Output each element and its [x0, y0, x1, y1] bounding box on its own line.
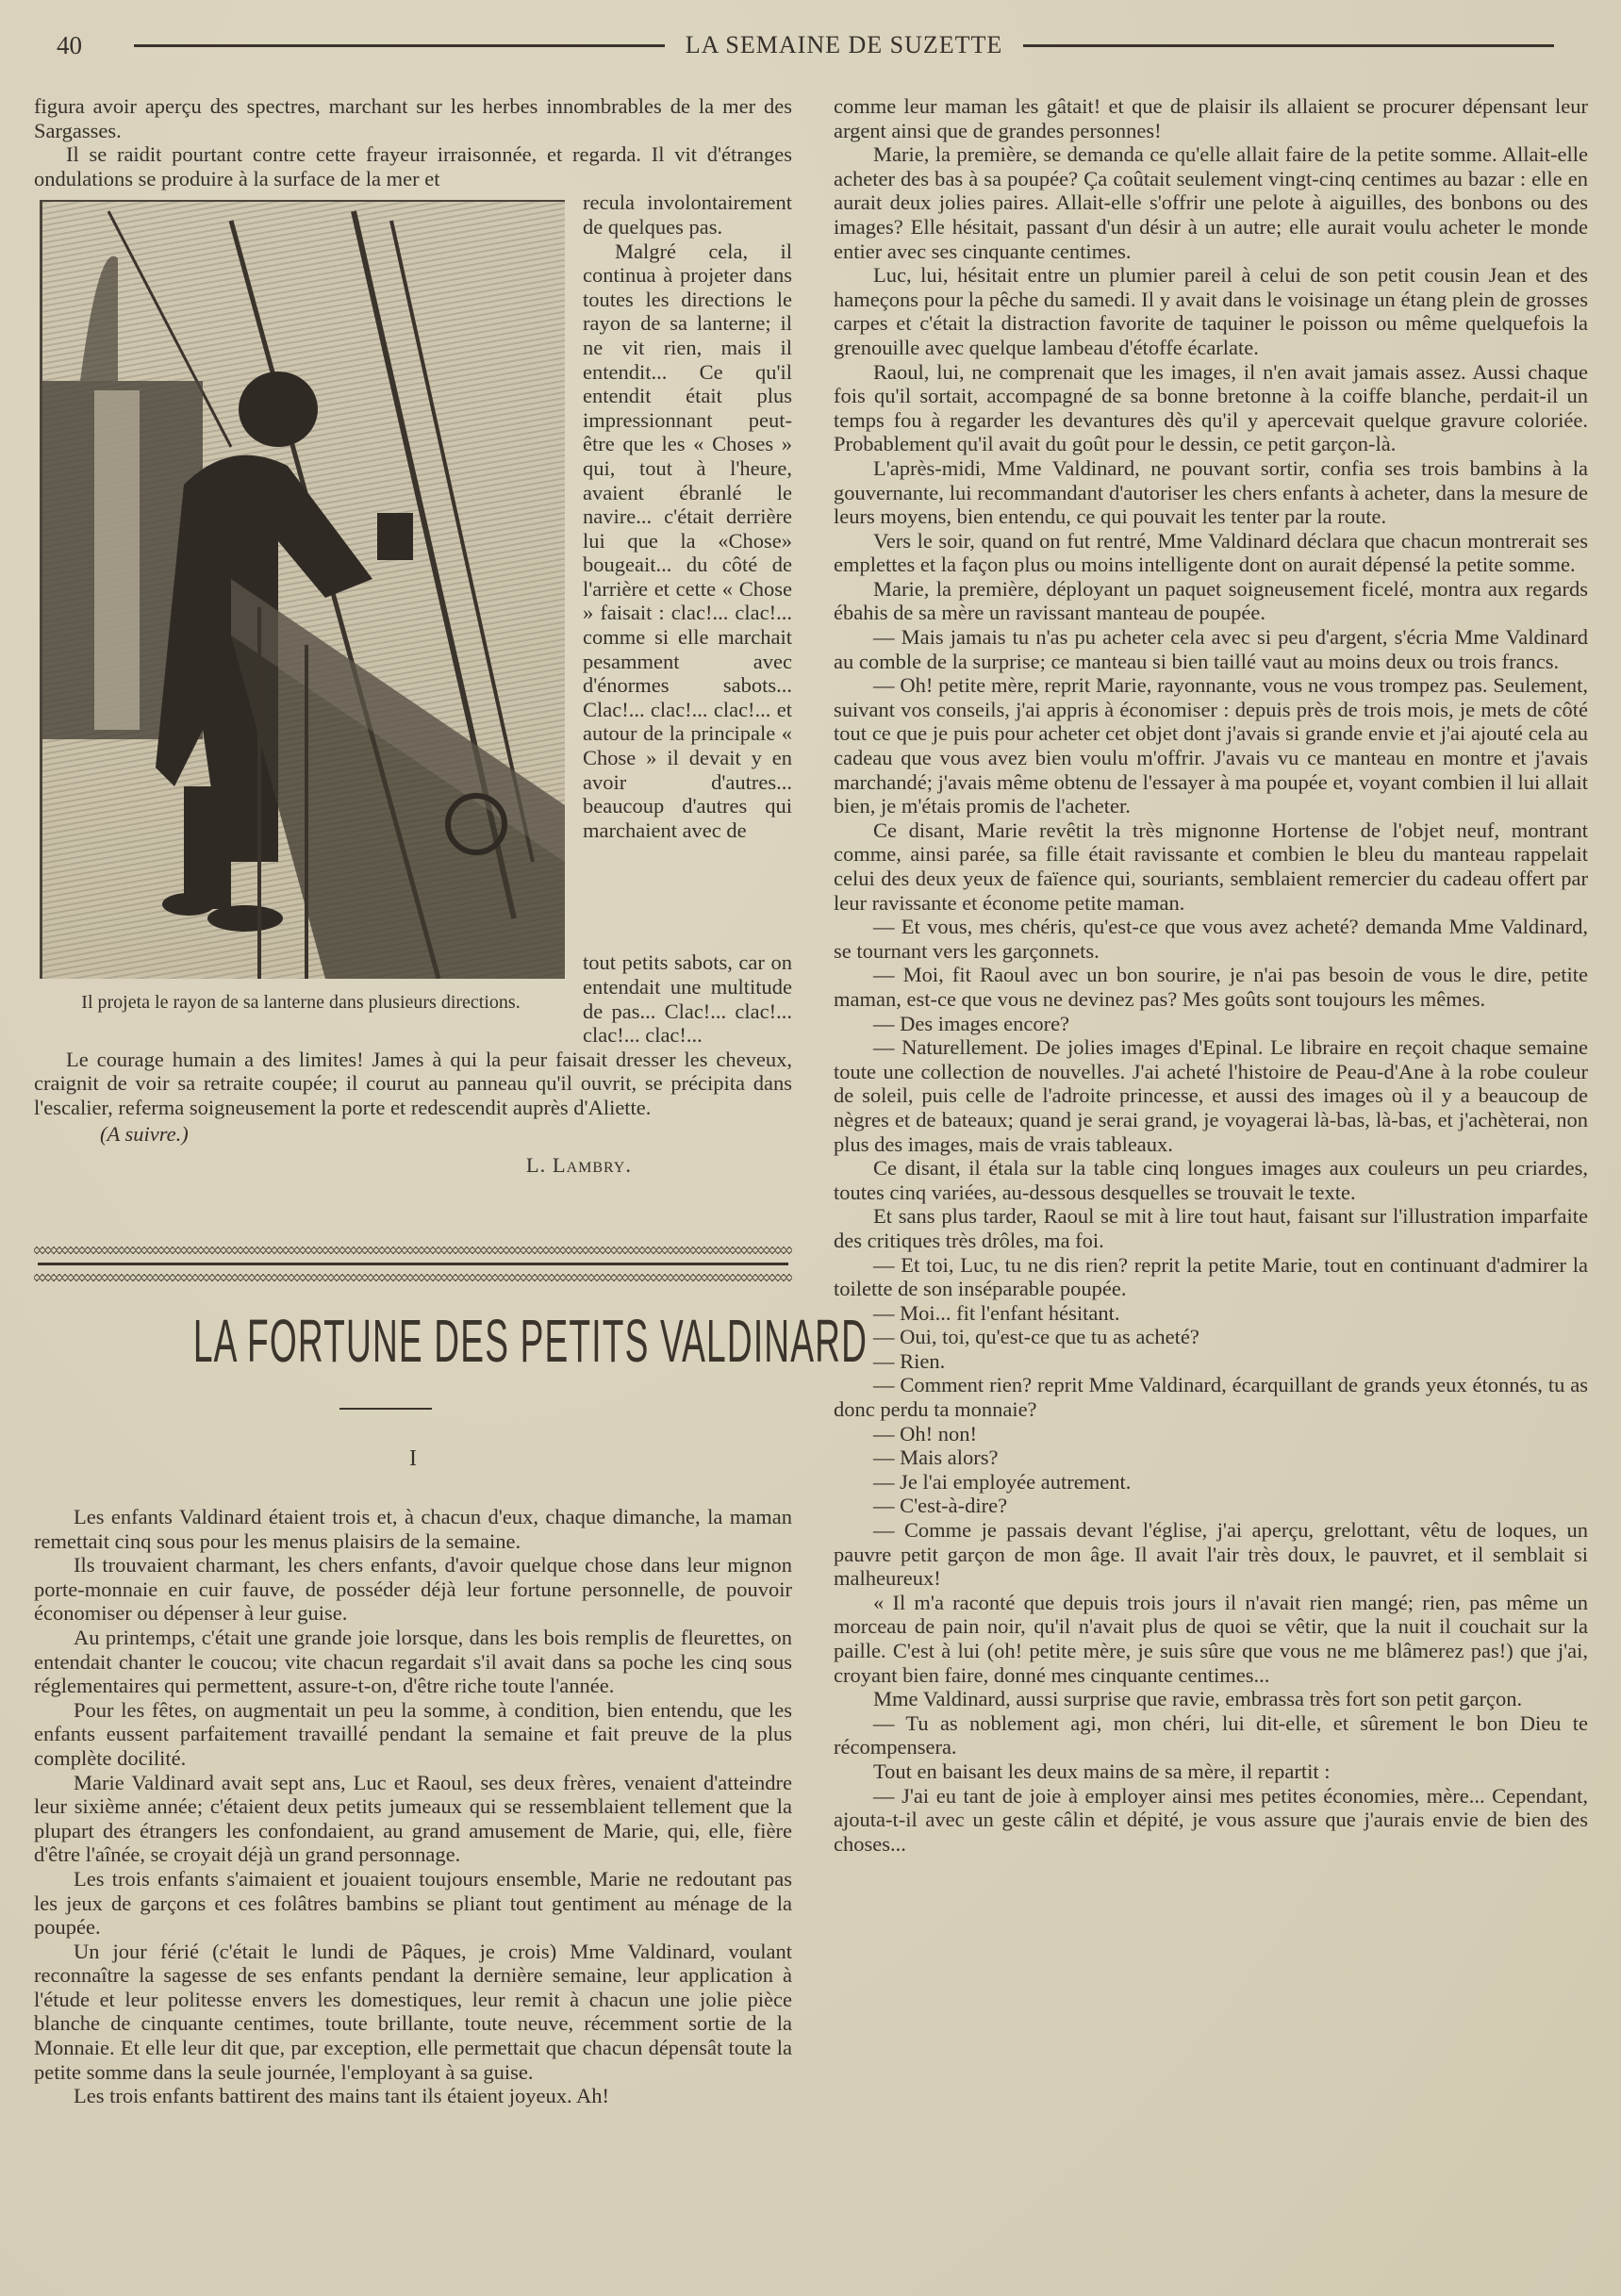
paragraph: Il se raidit pourtant contre cette fraye…: [34, 142, 792, 190]
paragraph: comme leur maman les gâtait! et que de p…: [834, 94, 1588, 142]
to-be-continued: (A suivre.): [34, 1122, 792, 1147]
dialogue-line: — Comme je passais devant l'église, j'ai…: [834, 1518, 1588, 1591]
author-signature: L. Lambry.: [34, 1153, 792, 1178]
dialogue-line: — Oh! non!: [834, 1422, 1588, 1446]
paragraph: Raoul, lui, ne comprenait que les images…: [834, 360, 1588, 456]
paragraph: Ce disant, Marie revêtit la très mignonn…: [834, 818, 1588, 915]
dialogue-line: — Tu as noblement agi, mon chéri, lui di…: [834, 1711, 1588, 1759]
paragraph: Tout en baisant les deux mains de sa mèr…: [834, 1759, 1588, 1784]
section-divider: [34, 1247, 792, 1281]
engraving-icon: [42, 202, 565, 979]
paragraph: Marie Valdinard avait sept ans, Luc et R…: [34, 1771, 792, 1867]
header-rule-right: [1023, 44, 1554, 47]
paragraph: Ce disant, il étala sur la table cinq lo…: [834, 1156, 1588, 1204]
paragraph: Vers le soir, quand on fut rentré, Mme V…: [834, 529, 1588, 577]
paragraph: Mme Valdinard, aussi surprise que ravie,…: [834, 1687, 1588, 1711]
paragraph: Pour les fêtes, on augmentait un peu la …: [34, 1698, 792, 1771]
dialogue-line: — Moi, fit Raoul avec un bon sourire, je…: [834, 963, 1588, 1011]
story-title: LA FORTUNE DES PETITS VALDINARD: [193, 1306, 633, 1376]
straight-rule: [38, 1263, 788, 1265]
wavy-rule: [34, 1274, 792, 1281]
paragraph: Marie, la première, se demanda ce qu'ell…: [834, 142, 1588, 263]
paragraph: Un jour férié (c'était le lundi de Pâque…: [34, 1940, 792, 2085]
paragraph: Et sans plus tarder, Raoul se mit à lire…: [834, 1204, 1588, 1252]
illustration-ship-deck-lantern: [40, 200, 565, 979]
paragraph: Au printemps, c'était une grande joie lo…: [34, 1626, 792, 1698]
dialogue-line: — Naturellement. De jolies images d'Epin…: [834, 1035, 1588, 1156]
paragraph: L'après-midi, Mme Valdinard, ne pouvant …: [834, 456, 1588, 529]
dialogue-line: — Et vous, mes chéris, qu'est-ce que vou…: [834, 915, 1588, 963]
illustration-figure: Il projeta le rayon de sa lanterne dans …: [34, 190, 568, 1045]
dialogue-line: — C'est-à-dire?: [834, 1494, 1588, 1518]
newspaper-page: 40 LA SEMAINE DE SUZETTE figura avoir ap…: [0, 0, 1621, 2296]
paragraph: Ils trouvaient charmant, les chers enfan…: [34, 1553, 792, 1626]
dialogue-line: — Des images encore?: [834, 1012, 1588, 1036]
paragraph: Marie, la première, déployant un paquet …: [834, 577, 1588, 625]
paragraph: Les trois enfants s'aimaient et jouaient…: [34, 1867, 792, 1940]
paragraph: figura avoir aperçu des spectres, marcha…: [34, 94, 792, 142]
dialogue-line: — Mais jamais tu n'as pu acheter cela av…: [834, 625, 1588, 673]
running-head: 40 LA SEMAINE DE SUZETTE: [57, 26, 1575, 64]
dialogue-line: — Oui, toi, qu'est-ce que tu as acheté?: [834, 1325, 1588, 1349]
dialogue-line: — Rien.: [834, 1349, 1588, 1374]
dialogue-line: — Oh! petite mère, reprit Marie, rayonna…: [834, 673, 1588, 818]
page-number: 40: [57, 31, 113, 60]
paragraph: Les enfants Valdinard étaient trois et, …: [34, 1505, 792, 1553]
dialogue-line: — Moi... fit l'enfant hésitant.: [834, 1301, 1588, 1326]
publication-title: LA SEMAINE DE SUZETTE: [686, 31, 1003, 59]
paragraph: Luc, lui, hésitait entre un plumier pare…: [834, 263, 1588, 359]
dialogue-line: — Et toi, Luc, tu ne dis rien? reprit la…: [834, 1253, 1588, 1301]
dialogue-line: — Je l'ai employée autrement.: [834, 1470, 1588, 1495]
chapter-number: I: [34, 1446, 792, 1472]
serial-continuation: figura avoir aperçu des spectres, marcha…: [34, 94, 792, 1178]
dialogue-line: — Mais alors?: [834, 1445, 1588, 1470]
paragraph: « Il m'a raconté que depuis trois jours …: [834, 1591, 1588, 1687]
story-left-column: Les enfants Valdinard étaient trois et, …: [34, 1505, 792, 2108]
story-right-column: comme leur maman les gâtait! et que de p…: [834, 94, 1588, 1856]
header-rule-left: [134, 44, 665, 47]
illustration-caption: Il projeta le rayon de sa lanterne dans …: [34, 992, 568, 1013]
dialogue-line: — Comment rien? reprit Mme Valdinard, éc…: [834, 1373, 1588, 1421]
paragraph: Les trois enfants battirent des mains ta…: [34, 2084, 792, 2108]
dialogue-line: — J'ai eu tant de joie à employer ainsi …: [834, 1784, 1588, 1857]
wavy-rule: [34, 1247, 792, 1254]
paragraph: Le courage humain a des limites! James à…: [34, 1048, 792, 1120]
title-underline: [339, 1408, 432, 1410]
